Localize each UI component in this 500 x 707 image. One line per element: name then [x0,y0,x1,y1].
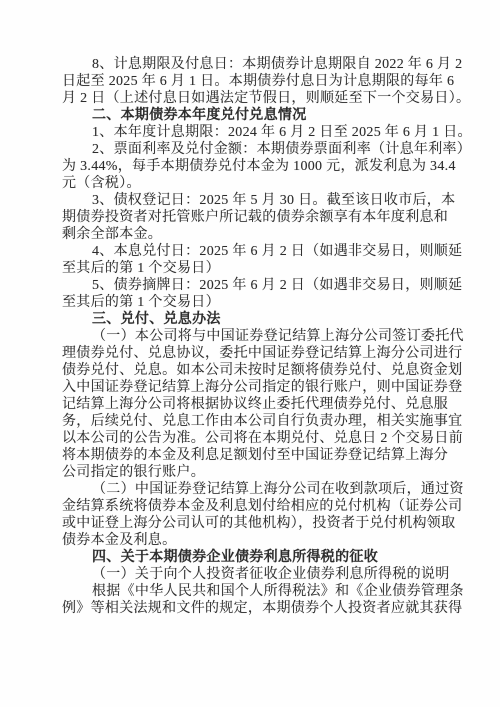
document-line: 根据《中华人民共和国个人所得税法》和《企业债券管理条 [62,583,454,600]
document-line: 债券本金及利息。 [62,532,454,549]
document-line: 务，后续兑付、兑息工作由本公司自行负责办理，相关实施事宜 [62,413,454,430]
document-line: 月 2 日（上述付息日如遇法定节假日，则顺延至下一个交易日）。 [62,90,454,107]
document-line: （一）关于向个人投资者征收企业债券利息所得税的说明 [62,566,454,583]
document-line: （一）本公司将与中国证券登记结算上海分公司签订委托代 [62,328,454,345]
document-line: 理债券兑付、兑息协议，委托中国证券登记结算上海分公司进行 [62,345,454,362]
document-line: 至其后的第 1 个交易日） [62,294,454,311]
section-heading: 三、兑付、兑息办法 [62,311,454,328]
document-line: 5、债券摘牌日：2025 年 6 月 2 日（如遇非交易日，则顺延 [62,277,454,294]
section-heading: 四、关于本期债券企业债券利息所得税的征收 [62,549,454,566]
document-line: 元（含税）。 [62,175,454,192]
document-line: 例》等相关法规和文件的规定，本期债券个人投资者应就其获得 [62,600,454,617]
document-line: 日起至 2025 年 6 月 1 日。本期债券付息日为计息期限的每年 6 [62,73,454,90]
document-line: 或中证登上海分公司认可的其他机构），投资者于兑付机构领取 [62,515,454,532]
document-line: 3、债权登记日：2025 年 5 月 30 日。截至该日收市后，本 [62,192,454,209]
document-line: 至其后的第 1 个交易日） [62,260,454,277]
section-heading: 二、本期债券本年度兑付兑息情况 [62,107,454,124]
document-line: 以本公司的公告为准。公司将在本期兑付、兑息日 2 个交易日前 [62,430,454,447]
document-line: 金结算系统将债券本金及利息划付给相应的兑付机构（证券公司 [62,498,454,515]
document-line: 期债券投资者对托管账户所记载的债券余额享有本年度利息和 [62,209,454,226]
document-line: 剩余全部本金。 [62,226,454,243]
document-line: 公司指定的银行账户。 [62,464,454,481]
document-line: 2、票面利率及兑付金额：本期债券票面利率（计息年利率） [62,141,454,158]
document-line: 入中国证券登记结算上海分公司指定的银行账户，则中国证券登 [62,379,454,396]
document-line: 记结算上海分公司将根据协议终止委托代理债券兑付、兑息服 [62,396,454,413]
document-line: 将本期债券的本金及利息足额划付至中国证券登记结算上海分 [62,447,454,464]
document-line: （二）中国证券登记结算上海分公司在收到款项后，通过资 [62,481,454,498]
document-line: 1、本年度计息期限：2024 年 6 月 2 日至 2025 年 6 月 1 日… [62,124,454,141]
document-line: 为 3.44%，每手本期债券兑付本金为 1000 元，派发利息为 34.4 [62,158,454,175]
document-body: 8、计息期限及付息日：本期债券计息期限自 2022 年 6 月 2日起至 202… [62,56,454,617]
document-line: 4、本息兑付日：2025 年 6 月 2 日（如遇非交易日，则顺延 [62,243,454,260]
document-page: 8、计息期限及付息日：本期债券计息期限自 2022 年 6 月 2日起至 202… [0,0,500,707]
document-line: 债券兑付、兑息。如本公司未按时足额将债券兑付、兑息资金划 [62,362,454,379]
document-line: 8、计息期限及付息日：本期债券计息期限自 2022 年 6 月 2 [62,56,454,73]
